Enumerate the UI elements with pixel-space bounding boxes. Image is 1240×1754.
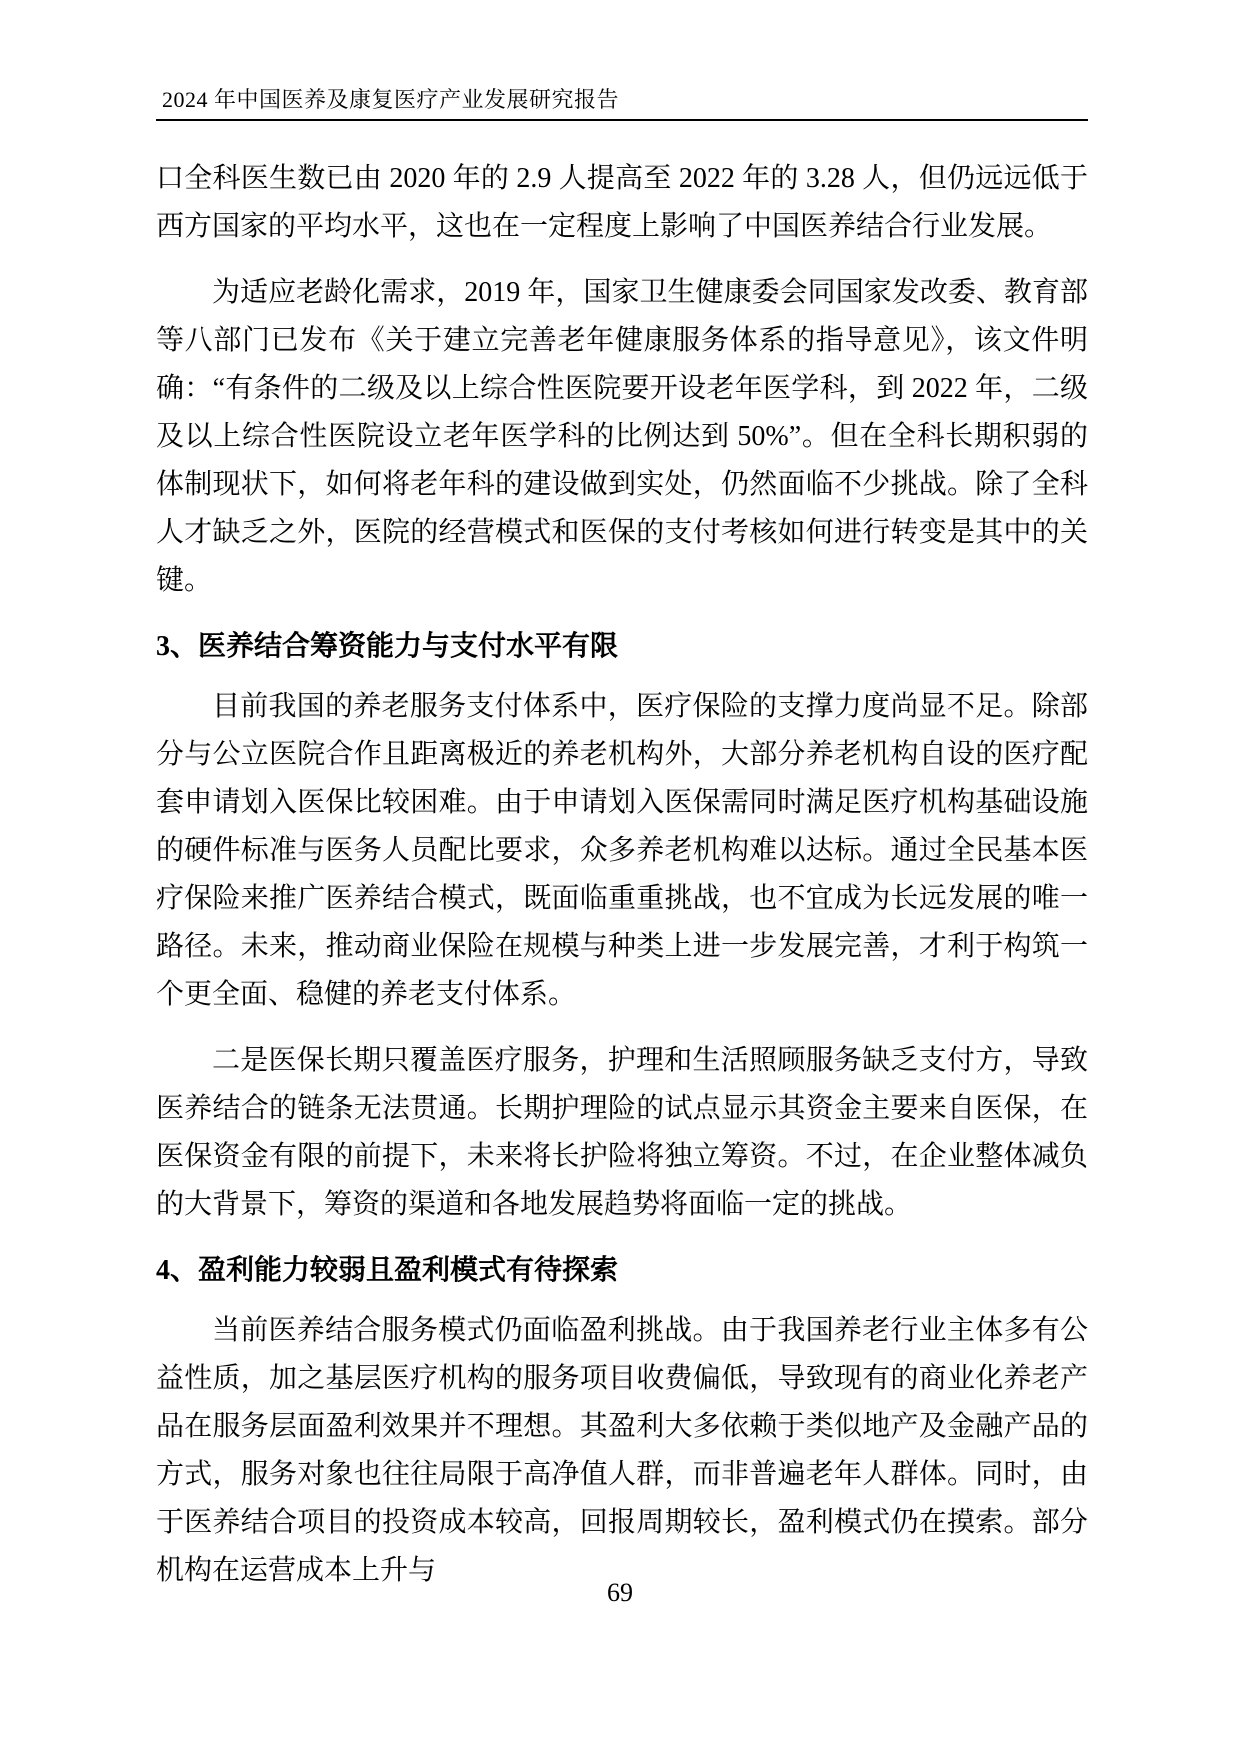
page-footer: 69 (0, 1578, 1240, 1608)
page-number: 69 (607, 1578, 633, 1607)
body-paragraph: 目前我国的养老服务支付体系中，医疗保险的支撑力度尚显不足。除部分与公立医院合作且… (156, 683, 1088, 1019)
page-header: 2024 年中国医养及康复医疗产业发展研究报告 (156, 88, 1088, 121)
section-heading: 3、医养结合筹资能力与支付水平有限 (156, 623, 1088, 671)
body-paragraph: 当前医养结合服务模式仍面临盈利挑战。由于我国养老行业主体多有公益性质，加之基层医… (156, 1307, 1088, 1595)
section-heading: 4、盈利能力较弱且盈利模式有待探索 (156, 1247, 1088, 1295)
body-paragraph: 二是医保长期只覆盖医疗服务，护理和生活照顾服务缺乏支付方，导致医养结合的链条无法… (156, 1037, 1088, 1229)
running-head-title: 2024 年中国医养及康复医疗产业发展研究报告 (162, 88, 1088, 112)
body-paragraph: 口全科医生数已由 2020 年的 2.9 人提高至 2022 年的 3.28 人… (156, 155, 1088, 251)
document-page: 2024 年中国医养及康复医疗产业发展研究报告 口全科医生数已由 2020 年的… (0, 0, 1240, 1754)
page-body: 口全科医生数已由 2020 年的 2.9 人提高至 2022 年的 3.28 人… (156, 155, 1088, 1595)
body-paragraph: 为适应老龄化需求，2019 年，国家卫生健康委会同国家发改委、教育部等八部门已发… (156, 269, 1088, 605)
